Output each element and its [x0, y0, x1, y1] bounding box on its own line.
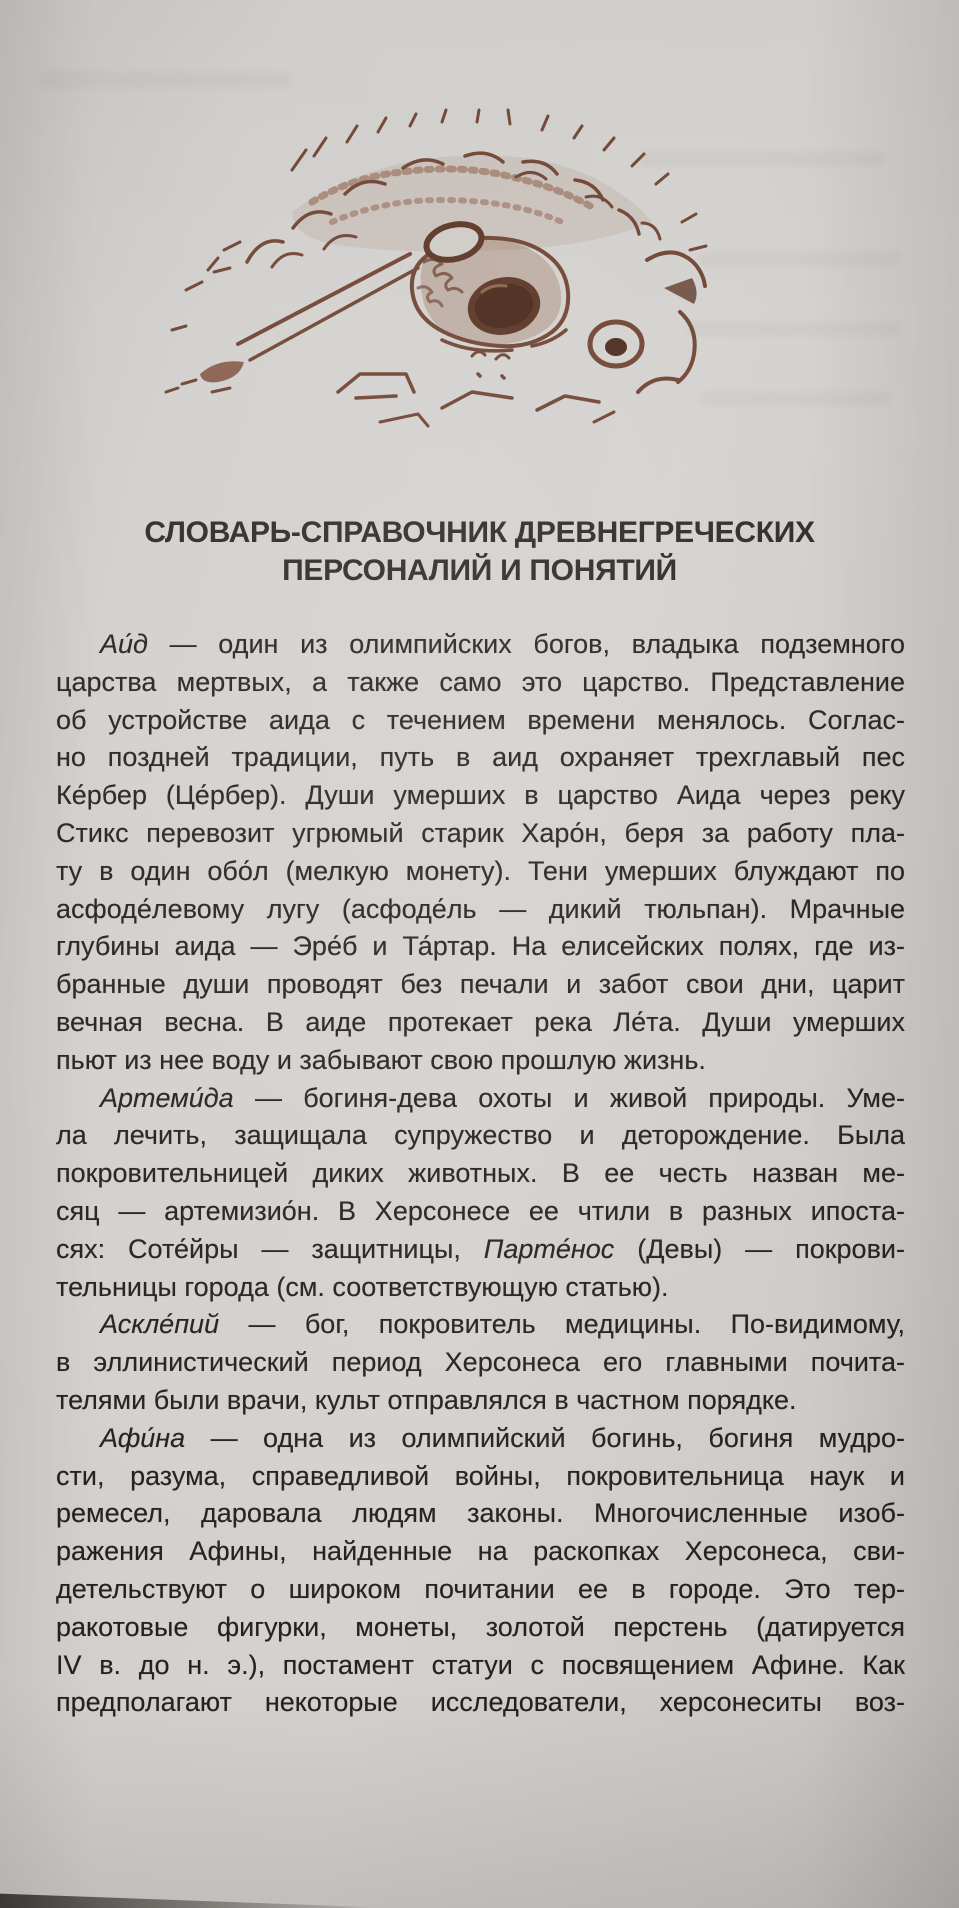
- text-segment: — бог, покровитель медицины. По-видимому…: [219, 1309, 905, 1339]
- text-segment: бранные души проводят без печали и забот…: [56, 969, 905, 999]
- text-segment: в эллинистический период Херсонеса его г…: [56, 1347, 905, 1377]
- text-line: но поздней традиции, путь в аид охраняет…: [56, 739, 905, 777]
- text-line: Стикс перевозит угрюмый старик Харо́н, б…: [56, 815, 905, 853]
- show-through-ghost: [700, 392, 890, 406]
- text-line: ла лечить, защищала супружество и деторо…: [56, 1117, 905, 1155]
- chapter-title-line2: ПЕРСОНАЛИЙ И ПОНЯТИЙ: [0, 552, 959, 590]
- text-line: тельницы города (см. соответствующую ста…: [56, 1269, 905, 1307]
- ruins-sketch-illustration: [142, 92, 712, 442]
- text-line: покровительницей диких животных. В ее че…: [56, 1155, 905, 1193]
- text-segment: покровительницей диких животных. В ее че…: [56, 1158, 905, 1188]
- text-line: об устройстве аида с течением времени ме…: [56, 702, 905, 740]
- text-segment: — богиня-дева охоты и живой природы. Уме…: [234, 1083, 905, 1113]
- text-segment: Ке́рбер (Це́рбер). Души умерших в царств…: [56, 780, 905, 810]
- text-line: ракотовые фигурки, монеты, золотой перст…: [56, 1609, 905, 1647]
- text-line: Аскле́пий — бог, покровитель медицины. П…: [56, 1306, 905, 1344]
- chapter-title-line1: СЛОВАРЬ-СПРАВОЧНИК ДРЕВНЕГРЕЧЕСКИХ: [0, 514, 959, 552]
- text-line: бранные души проводят без печали и забот…: [56, 966, 905, 1004]
- text-line: ражения Афины, найденные на раскопках Хе…: [56, 1533, 905, 1571]
- text-line: Ке́рбер (Це́рбер). Души умерших в царств…: [56, 777, 905, 815]
- text-line: вечная весна. В аиде протекает река Ле́т…: [56, 1004, 905, 1042]
- text-line: асфоде́левому лугу (асфоде́ль — дикий тю…: [56, 891, 905, 929]
- text-line: детельствуют о широком почитании ее в го…: [56, 1571, 905, 1609]
- text-line: в эллинистический период Херсонеса его г…: [56, 1344, 905, 1382]
- book-page-photo: СЛОВАРЬ-СПРАВОЧНИК ДРЕВНЕГРЕЧЕСКИХ ПЕРСО…: [0, 0, 959, 1908]
- text-segment: (Девы) — покрови-: [614, 1234, 905, 1264]
- text-line: IV в. до н. э.), постамент статуи с посв…: [56, 1647, 905, 1685]
- text-segment: ракотовые фигурки, монеты, золотой перст…: [56, 1612, 905, 1642]
- headword: Артеми́да: [100, 1083, 234, 1113]
- headword: Афи́на: [100, 1423, 185, 1453]
- text-segment: телями были врачи, культ отправлялся в ч…: [56, 1385, 797, 1415]
- text-segment: асфоде́левому лугу (асфоде́ль — дикий тю…: [56, 894, 905, 924]
- text-segment: но поздней традиции, путь в аид охраняет…: [56, 742, 905, 772]
- text-segment: пьют из нее воду и забывают свою прошлую…: [56, 1045, 706, 1075]
- headword: Аскле́пий: [100, 1309, 219, 1339]
- text-segment: об устройстве аида с течением времени ме…: [56, 705, 905, 735]
- text-line: сях: Соте́йры — защитницы, Парте́нос (Де…: [56, 1231, 905, 1269]
- text-segment: вечная весна. В аиде протекает река Ле́т…: [56, 1007, 905, 1037]
- text-segment: Стикс перевозит угрюмый старик Харо́н, б…: [56, 818, 905, 848]
- text-line: телями были врачи, культ отправлялся в ч…: [56, 1382, 905, 1420]
- show-through-ghost: [40, 72, 290, 88]
- text-line: Аи́д — один из олимпийских богов, владык…: [56, 626, 905, 664]
- text-segment: сях: Соте́йры — защитницы,: [56, 1234, 484, 1264]
- headword: Аи́д: [100, 629, 148, 659]
- text-segment: сяц — артемизио́н. В Херсонесе ее чтили …: [56, 1196, 905, 1226]
- text-segment: ту в один обо́л (мелкую монету). Тени ум…: [56, 856, 905, 886]
- text-segment: глубины аида — Эре́б и Та́ртар. На елисе…: [56, 931, 905, 961]
- headword: Парте́нос: [484, 1234, 614, 1264]
- text-line: сти, разума, справедливой войны, покрови…: [56, 1458, 905, 1496]
- text-line: Артеми́да — богиня-дева охоты и живой пр…: [56, 1080, 905, 1118]
- text-segment: ражения Афины, найденные на раскопках Хе…: [56, 1536, 905, 1566]
- text-segment: ремесел, даровала людям законы. Многочис…: [56, 1498, 905, 1528]
- text-segment: тельницы города (см. соответствующую ста…: [56, 1272, 669, 1302]
- text-segment: предполагают некоторые исследователи, хе…: [56, 1687, 905, 1717]
- text-line: царства мертвых, а также само это царств…: [56, 664, 905, 702]
- text-segment: — один из олимпийских богов, владыка под…: [148, 629, 905, 659]
- show-through-ghost: [700, 252, 900, 266]
- text-segment: сти, разума, справедливой войны, покрови…: [56, 1461, 905, 1491]
- text-segment: IV в. до н. э.), постамент статуи с посв…: [56, 1650, 905, 1680]
- text-segment: — одна из олимпийский богинь, богиня муд…: [185, 1423, 905, 1453]
- text-line: ремесел, даровала людям законы. Многочис…: [56, 1495, 905, 1533]
- text-line: сяц — артемизио́н. В Херсонесе ее чтили …: [56, 1193, 905, 1231]
- chapter-title: СЛОВАРЬ-СПРАВОЧНИК ДРЕВНЕГРЕЧЕСКИХ ПЕРСО…: [0, 514, 959, 590]
- text-line: ту в один обо́л (мелкую монету). Тени ум…: [56, 853, 905, 891]
- background-corner-shadow: [0, 1888, 372, 1908]
- text-line: пьют из нее воду и забывают свою прошлую…: [56, 1042, 905, 1080]
- dictionary-text-block: Аи́д — один из олимпийских богов, владык…: [56, 626, 905, 1722]
- text-line: Афи́на — одна из олимпийский богинь, бог…: [56, 1420, 905, 1458]
- text-line: глубины аида — Эре́б и Та́ртар. На елисе…: [56, 928, 905, 966]
- show-through-ghost: [688, 322, 900, 336]
- text-segment: ла лечить, защищала супружество и деторо…: [56, 1120, 905, 1150]
- text-line: предполагают некоторые исследователи, хе…: [56, 1684, 905, 1722]
- text-segment: детельствуют о широком почитании ее в го…: [56, 1574, 905, 1604]
- text-segment: царства мертвых, а также само это царств…: [56, 667, 905, 697]
